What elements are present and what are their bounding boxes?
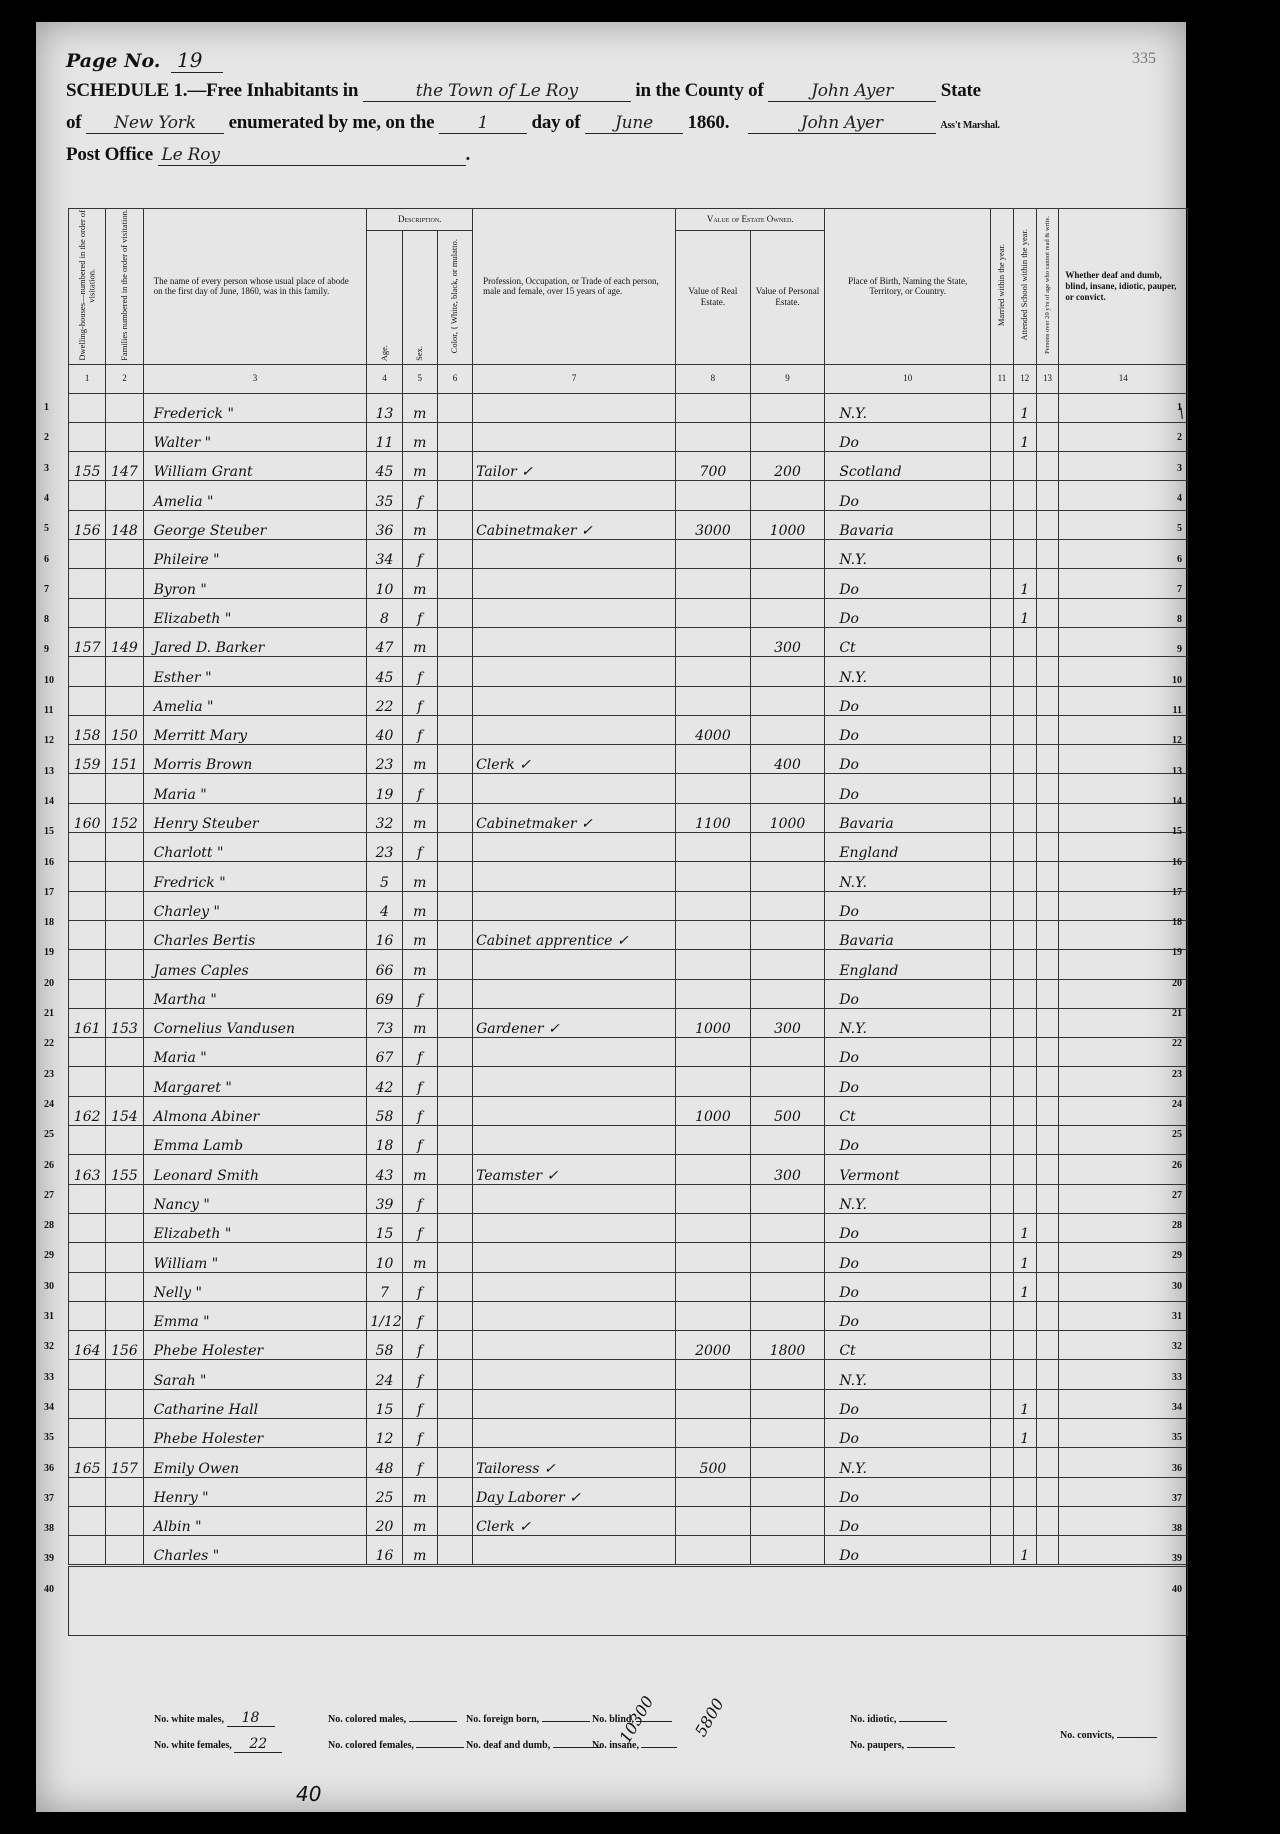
- birthplace: Do: [825, 1243, 991, 1272]
- sex: m: [402, 452, 437, 481]
- condition-mark: [1059, 1096, 1188, 1125]
- occupation: [473, 1360, 676, 1389]
- dwelling-number: 160: [69, 803, 106, 832]
- dwelling-number: [69, 1477, 106, 1506]
- illiterate-mark: [1036, 1272, 1059, 1301]
- birthplace: Do: [825, 1536, 991, 1566]
- real-estate-value: [676, 481, 751, 510]
- personal-estate-value: [750, 1184, 825, 1213]
- person-name: George Steuber: [143, 510, 367, 539]
- age: 10: [367, 569, 402, 598]
- real-estate-value: 1000: [676, 1096, 751, 1125]
- line-number: 33: [44, 1372, 54, 1383]
- family-number: [106, 833, 143, 862]
- color: [437, 627, 472, 656]
- condition-mark: [1059, 1477, 1188, 1506]
- real-estate-value: 1100: [676, 803, 751, 832]
- dwelling-number: [69, 1038, 106, 1067]
- personal-estate-value: [750, 1360, 825, 1389]
- personal-estate-value: [750, 1126, 825, 1155]
- occupation: [473, 422, 676, 451]
- illiterate-mark: [1036, 1506, 1059, 1535]
- birthplace: N.Y.: [825, 657, 991, 686]
- dwelling-number: [69, 686, 106, 715]
- illiterate-mark: [1036, 774, 1059, 803]
- school-mark: 1: [1013, 1272, 1036, 1301]
- birthplace: Bavaria: [825, 803, 991, 832]
- illiterate-mark: [1036, 540, 1059, 569]
- age: 25: [367, 1477, 402, 1506]
- birthplace: Do: [825, 569, 991, 598]
- condition-mark: [1059, 1331, 1188, 1360]
- illiterate-mark: [1036, 1038, 1059, 1067]
- color: [437, 657, 472, 686]
- real-estate-value: [676, 1272, 751, 1301]
- personal-estate-value: 300: [750, 1155, 825, 1184]
- personal-estate-value: [750, 715, 825, 744]
- illiterate-mark: [1036, 657, 1059, 686]
- condition-mark: [1059, 1301, 1188, 1330]
- person-name: Byron ": [143, 569, 367, 598]
- real-estate-value: 700: [676, 452, 751, 481]
- table-row: 157149Jared D. Barker47m300Ct: [69, 627, 1188, 656]
- school-mark: [1013, 833, 1036, 862]
- occupation: [473, 862, 676, 891]
- real-estate-value: [676, 657, 751, 686]
- personal-estate-value: [750, 1506, 825, 1535]
- line-number: 35: [44, 1432, 54, 1443]
- description-header: Description.: [367, 209, 473, 231]
- family-number: [106, 891, 143, 920]
- line-number: 19: [1172, 947, 1182, 958]
- personal-estate-value: 300: [750, 1008, 825, 1037]
- occupation: [473, 686, 676, 715]
- school-mark: [1013, 1067, 1036, 1096]
- school-mark: [1013, 803, 1036, 832]
- illiterate-mark: [1036, 920, 1059, 949]
- personal-estate-value: [750, 1477, 825, 1506]
- real-estate-value: 4000: [676, 715, 751, 744]
- summary-row: [69, 1566, 1188, 1636]
- school-mark: [1013, 657, 1036, 686]
- dwelling-number: [69, 422, 106, 451]
- age: 47: [367, 627, 402, 656]
- married-mark: [991, 1301, 1014, 1330]
- age: 35: [367, 481, 402, 510]
- condition-mark: [1059, 510, 1188, 539]
- table-row: Fredrick "5mN.Y.: [69, 862, 1188, 891]
- illiterate-mark: [1036, 979, 1059, 1008]
- occupation: [473, 1272, 676, 1301]
- person-name: Nelly ": [143, 1272, 367, 1301]
- sex: f: [402, 1126, 437, 1155]
- sex: f: [402, 1448, 437, 1477]
- school-mark: [1013, 1155, 1036, 1184]
- table-row: Martha "69fDo: [69, 979, 1188, 1008]
- person-name: Henry ": [143, 1477, 367, 1506]
- real-estate-value: [676, 1155, 751, 1184]
- real-estate-value: [676, 569, 751, 598]
- birthplace: Do: [825, 745, 991, 774]
- person-name: Walter ": [143, 422, 367, 451]
- person-name: Martha ": [143, 979, 367, 1008]
- illiterate-mark: [1036, 891, 1059, 920]
- color: [437, 1126, 472, 1155]
- school-mark: [1013, 1126, 1036, 1155]
- dwelling-number: [69, 1389, 106, 1418]
- table-row: Phileire "34fN.Y.: [69, 540, 1188, 569]
- census-table: Dwelling-houses—numbered in the order of…: [68, 208, 1188, 1636]
- personal-estate-value: [750, 833, 825, 862]
- married-mark: [991, 833, 1014, 862]
- person-name: Charles ": [143, 1536, 367, 1566]
- table-row: Maria "19fDo: [69, 774, 1188, 803]
- sex: f: [402, 657, 437, 686]
- person-name: Almona Abiner: [143, 1096, 367, 1125]
- condition-mark: [1059, 686, 1188, 715]
- line-number: 32: [44, 1341, 54, 1352]
- personal-estate-value: [750, 1272, 825, 1301]
- family-number: 150: [106, 715, 143, 744]
- col-occupation-header: Profession, Occupation, or Trade of each…: [473, 209, 676, 365]
- occupation: [473, 1301, 676, 1330]
- family-number: [106, 1213, 143, 1242]
- illiterate-mark: [1036, 1008, 1059, 1037]
- married-mark: [991, 627, 1014, 656]
- real-estate-value: [676, 1184, 751, 1213]
- age: 42: [367, 1067, 402, 1096]
- person-name: Emma ": [143, 1301, 367, 1330]
- line-number: 9: [44, 644, 49, 655]
- family-number: [106, 1038, 143, 1067]
- sex: m: [402, 745, 437, 774]
- occupation: [473, 481, 676, 510]
- age: 24: [367, 1360, 402, 1389]
- post-office-field: Le Roy: [158, 145, 466, 166]
- illiterate-mark: [1036, 627, 1059, 656]
- table-row: 159151Morris Brown23mClerk ✓400Do: [69, 745, 1188, 774]
- person-name: Phileire ": [143, 540, 367, 569]
- school-mark: 1: [1013, 1536, 1036, 1566]
- age: 16: [367, 1536, 402, 1566]
- table-row: 160152Henry Steuber32mCabinetmaker ✓1100…: [69, 803, 1188, 832]
- sex: m: [402, 950, 437, 979]
- line-number: 3: [44, 463, 49, 474]
- birthplace: N.Y.: [825, 862, 991, 891]
- color: [437, 979, 472, 1008]
- family-number: [106, 1418, 143, 1447]
- married-mark: [991, 1272, 1014, 1301]
- age: 40: [367, 715, 402, 744]
- person-name: Nancy ": [143, 1184, 367, 1213]
- school-mark: [1013, 510, 1036, 539]
- school-mark: [1013, 1008, 1036, 1037]
- line-number: 32: [1172, 1341, 1182, 1352]
- school-mark: [1013, 686, 1036, 715]
- condition-mark: [1059, 1008, 1188, 1037]
- dwelling-number: [69, 598, 106, 627]
- condition-mark: [1059, 803, 1188, 832]
- col-family-header: Families numbered in the order of visita…: [106, 209, 143, 365]
- illiterate-mark: [1036, 833, 1059, 862]
- occupation: [473, 1418, 676, 1447]
- real-estate-value: [676, 1360, 751, 1389]
- sex: f: [402, 686, 437, 715]
- occupation: [473, 1067, 676, 1096]
- age: 58: [367, 1096, 402, 1125]
- illiterate-mark: [1036, 715, 1059, 744]
- age: 43: [367, 1155, 402, 1184]
- table-row: 158150Merritt Mary40f4000Do: [69, 715, 1188, 744]
- table-row: Maria "67fDo: [69, 1038, 1188, 1067]
- dwelling-number: [69, 1506, 106, 1535]
- school-mark: 1: [1013, 422, 1036, 451]
- real-estate-value: [676, 1506, 751, 1535]
- color: [437, 833, 472, 862]
- personal-estate-value: 400: [750, 745, 825, 774]
- line-number: 36: [1172, 1463, 1182, 1474]
- birthplace: Do: [825, 774, 991, 803]
- line-number: 26: [44, 1160, 54, 1171]
- sex: m: [402, 1506, 437, 1535]
- married-mark: [991, 452, 1014, 481]
- age: 19: [367, 774, 402, 803]
- school-mark: [1013, 745, 1036, 774]
- dwelling-number: 159: [69, 745, 106, 774]
- illiterate-mark: [1036, 950, 1059, 979]
- family-number: [106, 774, 143, 803]
- married-mark: [991, 1213, 1014, 1242]
- sex: m: [402, 569, 437, 598]
- line-number: 7: [1177, 584, 1182, 595]
- sex: f: [402, 1360, 437, 1389]
- age: 48: [367, 1448, 402, 1477]
- occupation: [473, 950, 676, 979]
- line-number: 35: [1172, 1432, 1182, 1443]
- occupation: [473, 979, 676, 1008]
- condition-mark: [1059, 1389, 1188, 1418]
- married-mark: [991, 393, 1014, 422]
- married-mark: [991, 862, 1014, 891]
- family-number: [106, 1272, 143, 1301]
- person-name: Cornelius Vandusen: [143, 1008, 367, 1037]
- married-mark: [991, 1008, 1014, 1037]
- illiterate-mark: [1036, 1126, 1059, 1155]
- line-number: 31: [44, 1311, 54, 1322]
- col-illiterate-header: Persons over 20 y'rs of age who cannot r…: [1036, 209, 1059, 365]
- married-mark: [991, 686, 1014, 715]
- age: 69: [367, 979, 402, 1008]
- condition-mark: [1059, 422, 1188, 451]
- line-number: 1: [1177, 402, 1182, 413]
- dwelling-number: [69, 891, 106, 920]
- dwelling-number: [69, 774, 106, 803]
- sex: m: [402, 1008, 437, 1037]
- school-mark: 1: [1013, 1418, 1036, 1447]
- family-number: [106, 1067, 143, 1096]
- school-mark: 1: [1013, 598, 1036, 627]
- married-mark: [991, 1360, 1014, 1389]
- real-estate-value: [676, 833, 751, 862]
- age: 73: [367, 1008, 402, 1037]
- family-number: [106, 950, 143, 979]
- illiterate-mark: [1036, 1096, 1059, 1125]
- col-birthplace-header: Place of Birth, Naming the State, Territ…: [825, 209, 991, 365]
- birthplace: Do: [825, 598, 991, 627]
- line-number: 37: [1172, 1493, 1182, 1504]
- married-mark: [991, 1184, 1014, 1213]
- color: [437, 1331, 472, 1360]
- school-mark: [1013, 1301, 1036, 1330]
- personal-estate-value: [750, 686, 825, 715]
- line-number: 5: [1177, 523, 1182, 534]
- col-name-header: The name of every person whose usual pla…: [143, 209, 367, 365]
- table-row: 165157Emily Owen48fTailoress ✓500N.Y.: [69, 1448, 1188, 1477]
- age: 67: [367, 1038, 402, 1067]
- personal-estate-value: [750, 422, 825, 451]
- table-row: Elizabeth "8fDo1: [69, 598, 1188, 627]
- family-number: [106, 920, 143, 949]
- occupation: Tailor ✓: [473, 452, 676, 481]
- person-name: Frederick ": [143, 393, 367, 422]
- illiterate-mark: [1036, 1067, 1059, 1096]
- occupation: [473, 1331, 676, 1360]
- line-number: 40: [1172, 1584, 1182, 1595]
- line-number: 25: [1172, 1129, 1182, 1140]
- color: [437, 1389, 472, 1418]
- occupation: [473, 1213, 676, 1242]
- married-mark: [991, 1506, 1014, 1535]
- dwelling-number: [69, 979, 106, 1008]
- dwelling-number: [69, 1301, 106, 1330]
- condition-mark: [1059, 950, 1188, 979]
- line-number: 12: [1172, 735, 1182, 746]
- line-number: 19: [44, 947, 54, 958]
- condition-mark: [1059, 1418, 1188, 1447]
- enumeration-line: of New York enumerated by me, on the 1 d…: [66, 112, 1000, 134]
- line-number: 30: [1172, 1281, 1182, 1292]
- illiterate-mark: [1036, 422, 1059, 451]
- dwelling-number: [69, 657, 106, 686]
- real-estate-value: [676, 1418, 751, 1447]
- birthplace: Bavaria: [825, 510, 991, 539]
- table-row: Byron "10mDo1: [69, 569, 1188, 598]
- birthplace: N.Y.: [825, 393, 991, 422]
- school-mark: [1013, 979, 1036, 1008]
- real-estate-value: [676, 1213, 751, 1242]
- age: 39: [367, 1184, 402, 1213]
- condition-mark: [1059, 891, 1188, 920]
- school-mark: [1013, 1360, 1036, 1389]
- birthplace: Do: [825, 1272, 991, 1301]
- personal-estate-value: [750, 540, 825, 569]
- illiterate-mark: [1036, 862, 1059, 891]
- table-row: 164156Phebe Holester58f20001800Ct: [69, 1331, 1188, 1360]
- school-mark: [1013, 1038, 1036, 1067]
- line-number: 30: [44, 1281, 54, 1292]
- line-number: 4: [44, 493, 49, 504]
- condition-mark: [1059, 1506, 1188, 1535]
- line-number: 16: [1172, 857, 1182, 868]
- table-row: James Caples66mEngland: [69, 950, 1188, 979]
- person-name: Henry Steuber: [143, 803, 367, 832]
- illiterate-mark: [1036, 1477, 1059, 1506]
- color: [437, 803, 472, 832]
- family-number: [106, 1536, 143, 1566]
- person-name: Elizabeth ": [143, 598, 367, 627]
- dwelling-number: [69, 1360, 106, 1389]
- occupation: [473, 393, 676, 422]
- dwelling-number: [69, 1536, 106, 1566]
- line-number: 33: [1172, 1372, 1182, 1383]
- illiterate-mark: [1036, 510, 1059, 539]
- color: [437, 598, 472, 627]
- married-mark: [991, 569, 1014, 598]
- occupation: [473, 1096, 676, 1125]
- personal-estate-value: [750, 598, 825, 627]
- color: [437, 1096, 472, 1125]
- color: [437, 452, 472, 481]
- age: 15: [367, 1213, 402, 1242]
- color: [437, 1477, 472, 1506]
- family-number: 155: [106, 1155, 143, 1184]
- occupation: [473, 774, 676, 803]
- color: [437, 1506, 472, 1535]
- occupation: [473, 1038, 676, 1067]
- school-mark: [1013, 627, 1036, 656]
- occupation: [473, 1243, 676, 1272]
- line-number: 8: [1177, 614, 1182, 625]
- condition-mark: [1059, 1243, 1188, 1272]
- real-estate-value: [676, 627, 751, 656]
- married-mark: [991, 598, 1014, 627]
- family-number: [106, 1126, 143, 1155]
- dwelling-number: [69, 833, 106, 862]
- married-mark: [991, 1243, 1014, 1272]
- personal-estate-value: [750, 920, 825, 949]
- real-estate-value: [676, 979, 751, 1008]
- family-number: 156: [106, 1331, 143, 1360]
- school-mark: 1: [1013, 1389, 1036, 1418]
- condition-mark: [1059, 1067, 1188, 1096]
- line-number: 13: [1172, 766, 1182, 777]
- line-number: 40: [44, 1584, 54, 1595]
- illiterate-mark: [1036, 481, 1059, 510]
- married-mark: [991, 920, 1014, 949]
- family-number: [106, 540, 143, 569]
- person-name: Fredrick ": [143, 862, 367, 891]
- real-estate-value: [676, 1536, 751, 1566]
- birthplace: Ct: [825, 1096, 991, 1125]
- person-name: Albin ": [143, 1506, 367, 1535]
- family-number: [106, 1389, 143, 1418]
- line-number: 17: [1172, 887, 1182, 898]
- sex: f: [402, 540, 437, 569]
- personal-estate-value: [750, 657, 825, 686]
- table-row: Frederick "13mN.Y.1\: [69, 393, 1188, 422]
- condition-mark: [1059, 1126, 1188, 1155]
- table-row: Henry "25mDay Laborer ✓Do: [69, 1477, 1188, 1506]
- occupation: [473, 657, 676, 686]
- personal-estate-total: 5800: [691, 1695, 728, 1740]
- line-number: 39: [44, 1553, 54, 1564]
- line-number: 23: [44, 1069, 54, 1080]
- person-name: Phebe Holester: [143, 1331, 367, 1360]
- occupation: [473, 1389, 676, 1418]
- personal-estate-value: 200: [750, 452, 825, 481]
- col-married-header: Married within the year.: [991, 209, 1014, 365]
- condition-mark: [1059, 745, 1188, 774]
